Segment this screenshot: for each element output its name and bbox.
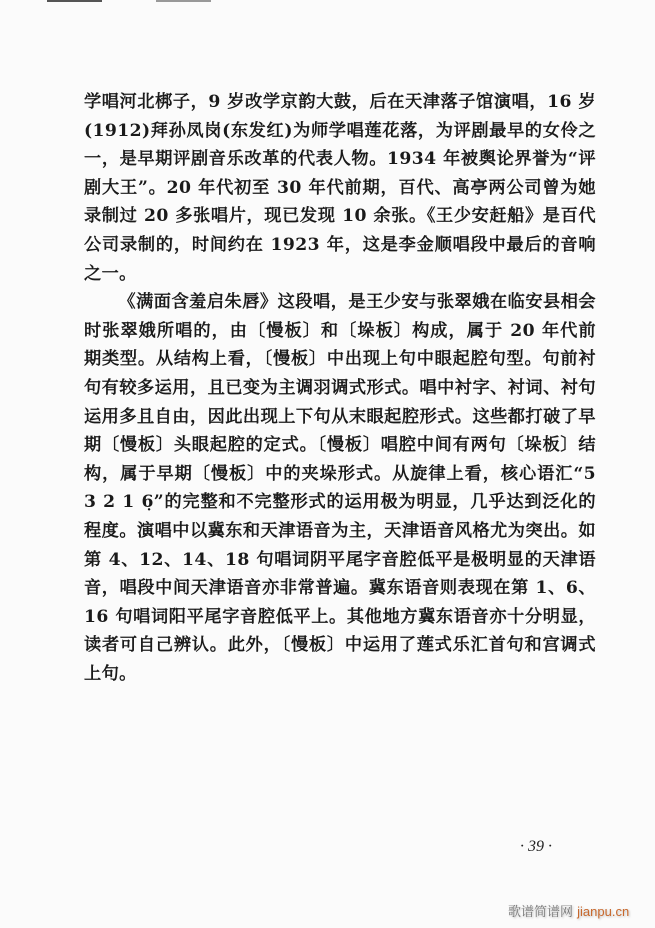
- scan-edge-mark: [47, 0, 102, 2]
- watermark-latin: jianpu.cn: [577, 904, 629, 919]
- watermark: 歌谱简谱网 jianpu.cn: [508, 901, 629, 920]
- paragraph: 《满面含羞启朱唇》这段唱，是王少安与张翠娥在临安县相会时张翠娥所唱的，由〔慢板〕…: [84, 288, 596, 688]
- paragraph: 学唱河北梆子，9 岁改学京韵大鼓，后在天津落子馆演唱，16 岁(1912)拜孙凤…: [84, 88, 596, 288]
- watermark-cn: 歌谱简谱网: [508, 905, 573, 920]
- scan-edge-mark: [156, 0, 211, 2]
- body-text: 学唱河北梆子，9 岁改学京韵大鼓，后在天津落子馆演唱，16 岁(1912)拜孙凤…: [84, 88, 596, 688]
- page-number: · 39 ·: [520, 838, 552, 856]
